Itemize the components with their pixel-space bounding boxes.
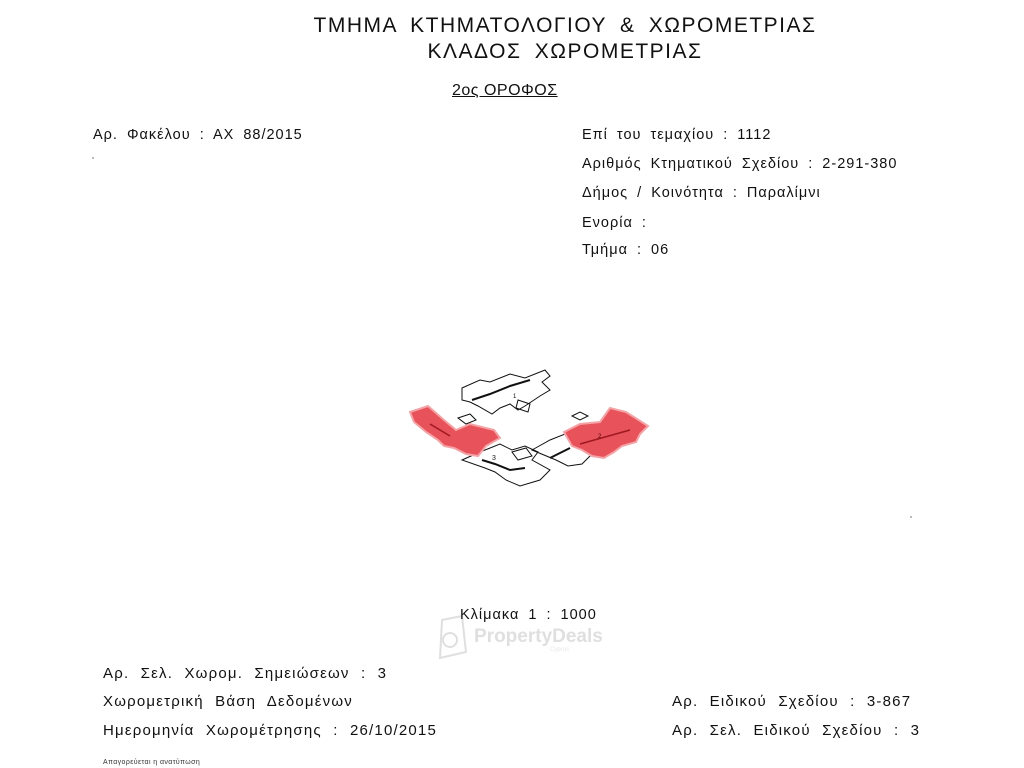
cadastral-plan-number: Αριθμός Κτηματικού Σχεδίου : 2-291-380 [582,156,897,172]
highlighted-unit-left [410,406,500,456]
survey-database: Χωρομετρική Βάση Δεδομένων [103,693,353,710]
house-tag-icon [432,612,472,662]
svg-text:3: 3 [492,455,496,462]
department-title: ΤΜΗΜΑ ΚΤΗΜΑΤΟΛΟΓΙΟΥ & ΧΩΡΟΜΕΤΡΙΑΣ [0,14,1024,38]
svg-text:1: 1 [513,394,517,400]
reprint-notice: Απαγορεύεται η ανατύπωση [103,759,200,766]
file-number: Αρ. Φακέλου : ΑΧ 88/2015 [93,127,303,143]
survey-date: Ημερομηνία Χωρομέτρησης : 26/10/2015 [103,722,437,739]
plot-number: Επί του τεμαχίου : 1112 [582,127,771,143]
watermark-text: PropertyDeals [474,626,603,648]
watermark: PropertyDeals Cyprus [432,612,632,662]
special-plan-pages: Αρ. Σελ. Ειδικού Σχεδίου : 3 [672,722,920,739]
municipality: Δήμος / Κοινότητα : Παραλίμνι [582,185,821,201]
branch-title: ΚΛΑΔΟΣ ΧΩΡΟΜΕΤΡΙΑΣ [0,40,1024,64]
survey-notes-pages: Αρ. Σελ. Χωρομ. Σημειώσεων : 3 [103,665,387,682]
section: Τμήμα : 06 [582,242,669,258]
highlighted-unit-right [564,408,648,458]
watermark-subtext: Cyprus [550,647,569,653]
floor-heading: 2ος ΟΡΟΦΟΣ [452,82,558,100]
special-plan-number: Αρ. Ειδικού Σχεδίου : 3-867 [672,693,911,710]
speck [910,516,912,518]
parish: Ενορία : [582,215,647,231]
floor-plan-drawing: 3 1 2 [400,360,660,500]
speck [92,157,94,159]
